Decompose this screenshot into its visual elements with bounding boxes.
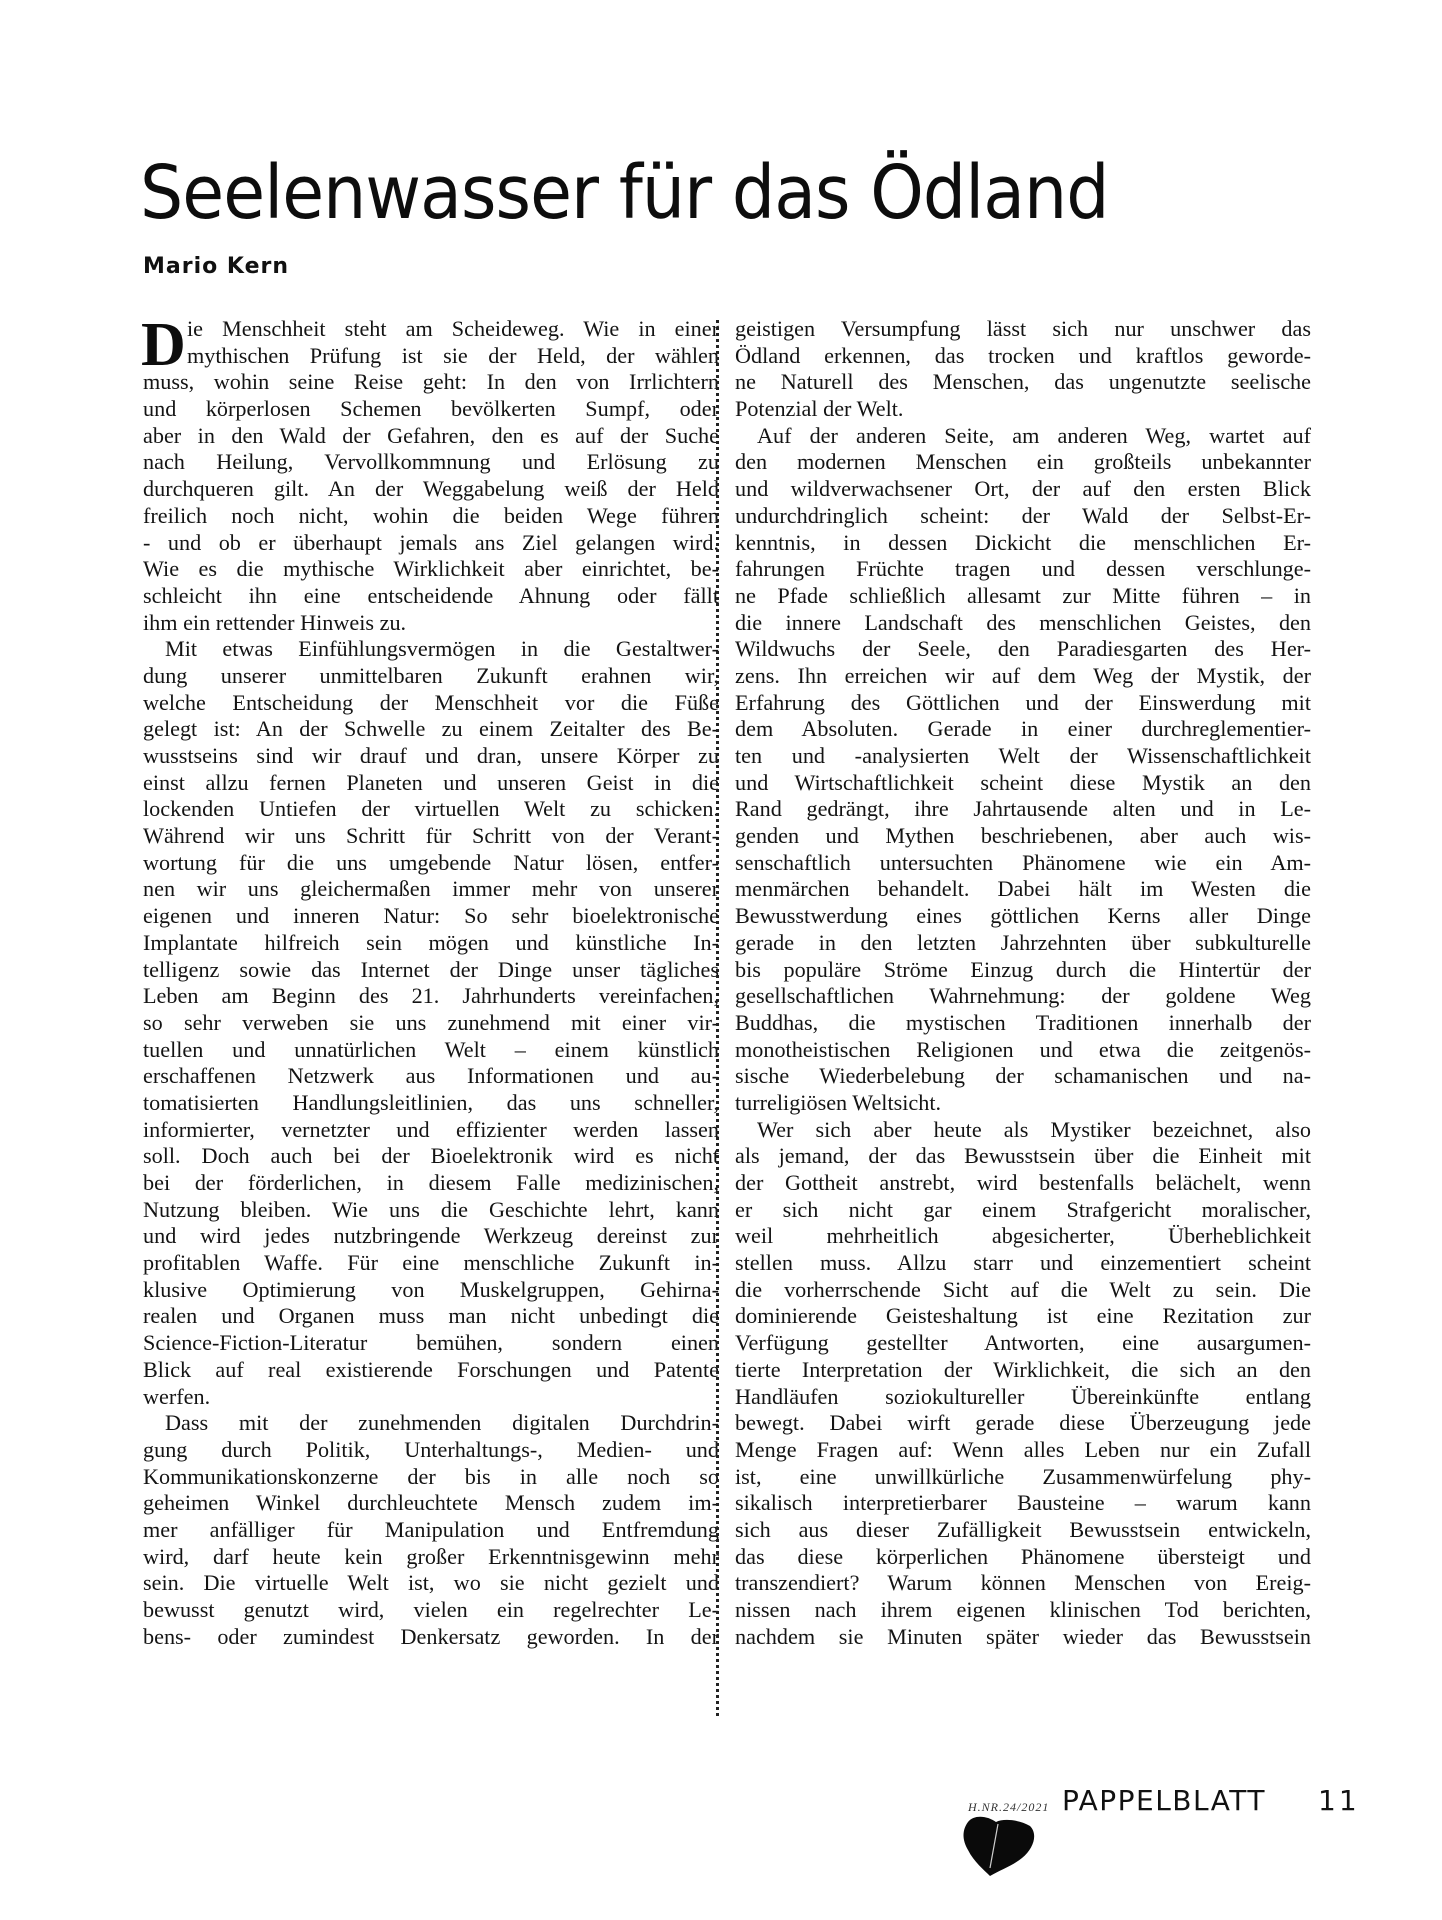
text-line: nachdem sie Minuten später wieder das Be… <box>735 1624 1311 1651</box>
text-line: transzendiert? Warum können Menschen von… <box>735 1570 1311 1597</box>
text-line: realen und Organen muss man nicht unbedi… <box>143 1303 719 1330</box>
text-line: sein. Die virtuelle Welt ist, wo sie nic… <box>143 1570 719 1597</box>
text-line: senschaftlich untersuchten Phänomene wie… <box>735 850 1311 877</box>
text-line: eigenen und inneren Natur: So sehr bioel… <box>143 903 719 930</box>
text-line: bewusst genutzt wird, vielen ein regelre… <box>143 1597 719 1624</box>
text-line: Erfahrung des Göttlichen und der Einswer… <box>735 690 1311 717</box>
text-line: Handläufen soziokultureller Übereinkünft… <box>735 1384 1311 1411</box>
text-line: er sich nicht gar einem Strafgericht mor… <box>735 1197 1311 1224</box>
drop-cap: D <box>141 319 186 371</box>
text-line: mer anfälliger für Manipulation und Entf… <box>143 1517 719 1544</box>
text-line: Science-Fiction-Literatur bemühen, sonde… <box>143 1330 719 1357</box>
text-line: genden und Mythen beschriebenen, aber au… <box>735 823 1311 850</box>
text-line: ie Menschheit steht am Scheideweg. Wie i… <box>143 316 719 343</box>
text-line: geistigen Versumpfung lässt sich nur uns… <box>735 316 1311 343</box>
text-line: ihm ein rettender Hinweis zu. <box>143 610 719 637</box>
text-line: die innere Landschaft des menschlichen G… <box>735 610 1311 637</box>
text-line: tomatisierten Handlungsleitlinien, das u… <box>143 1090 719 1117</box>
text-line: soll. Doch auch bei der Bioelektronik wi… <box>143 1143 719 1170</box>
text-line: menmärchen behandelt. Dabei hält im West… <box>735 876 1311 903</box>
text-line: wird, darf heute kein großer Erkenntnisg… <box>143 1544 719 1571</box>
text-line: freilich noch nicht, wohin die beiden We… <box>143 503 719 530</box>
text-line: ne Naturell des Menschen, das ungenutzte… <box>735 369 1311 396</box>
text-line: und wildverwachsener Ort, der auf den er… <box>735 476 1311 503</box>
text-line: der Gottheit anstrebt, wird bestenfalls … <box>735 1170 1311 1197</box>
text-line: und körperlosen Schemen bevölkerten Sump… <box>143 396 719 423</box>
text-line: gesellschaftlichen Wahrnehmung: der gold… <box>735 983 1311 1010</box>
text-line: Wie es die mythische Wirklichkeit aber e… <box>143 556 719 583</box>
text-line: profitablen Waffe. Für eine menschliche … <box>143 1250 719 1277</box>
left-column-lines: ie Menschheit steht am Scheideweg. Wie i… <box>143 316 719 1650</box>
text-line: dominierende Geisteshaltung ist eine Rez… <box>735 1303 1311 1330</box>
text-line: turreligiösen Weltsicht. <box>735 1090 1311 1117</box>
text-line: Rand gedrängt, ihre Jahrtausende alten u… <box>735 796 1311 823</box>
text-line: die vorherrschende Sicht auf die Welt zu… <box>735 1277 1311 1304</box>
text-line: ne Pfade schließlich allesamt zur Mitte … <box>735 583 1311 610</box>
text-line: Wer sich aber heute als Mystiker bezeich… <box>735 1117 1311 1144</box>
text-line: sich aus dieser Zufälligkeit Bewusstsein… <box>735 1517 1311 1544</box>
text-line: Blick auf real existierende Forschungen … <box>143 1357 719 1384</box>
text-line: wusstseins sind wir drauf und dran, unse… <box>143 743 719 770</box>
text-line: Buddhas, die mystischen Traditionen inne… <box>735 1010 1311 1037</box>
text-line: - und ob er überhaupt jemals ans Ziel ge… <box>143 530 719 557</box>
text-line: dem Absoluten. Gerade in einer durchregl… <box>735 716 1311 743</box>
text-line: gerade in den letzten Jahrzehnten über s… <box>735 930 1311 957</box>
text-line: gelegt ist: An der Schwelle zu einem Zei… <box>143 716 719 743</box>
text-line: so sehr verweben sie uns zunehmend mit e… <box>143 1010 719 1037</box>
text-line: informierter, vernetzter und effizienter… <box>143 1117 719 1144</box>
text-line: und wird jedes nutzbringende Werkzeug de… <box>143 1223 719 1250</box>
text-line: fahrungen Früchte tragen und dessen vers… <box>735 556 1311 583</box>
text-line: Auf der anderen Seite, am anderen Weg, w… <box>735 423 1311 450</box>
text-line: das diese körperlichen Phänomene überste… <box>735 1544 1311 1571</box>
text-line: Während wir uns Schritt für Schritt von … <box>143 823 719 850</box>
text-line: schleicht ihn eine entscheidende Ahnung … <box>143 583 719 610</box>
text-line: monotheistischen Religionen und etwa die… <box>735 1037 1311 1064</box>
text-line: zens. Ihn erreichen wir auf dem Weg der … <box>735 663 1311 690</box>
text-line: mythischen Prüfung ist sie der Held, der… <box>143 343 719 370</box>
text-line: Potenzial der Welt. <box>735 396 1311 423</box>
text-line: undurchdringlich scheint: der Wald der S… <box>735 503 1311 530</box>
text-line: erschaffenen Netzwerk aus Informationen … <box>143 1063 719 1090</box>
text-column-left: D ie Menschheit steht am Scheideweg. Wie… <box>143 316 719 1650</box>
text-line: tuellen und unnatürlichen Welt – einem k… <box>143 1037 719 1064</box>
text-line: Wildwuchs der Seele, den Paradiesgarten … <box>735 636 1311 663</box>
text-line: Mit etwas Einfühlungsvermögen in die Ges… <box>143 636 719 663</box>
text-line: stellen muss. Allzu starr und einzementi… <box>735 1250 1311 1277</box>
text-line: wortung für die uns umgebende Natur löse… <box>143 850 719 877</box>
text-line: bewegt. Dabei wirft gerade diese Überzeu… <box>735 1410 1311 1437</box>
text-line: werfen. <box>143 1384 719 1411</box>
text-line: Menge Fragen auf: Wenn alles Leben nur e… <box>735 1437 1311 1464</box>
text-line: bens- oder zumindest Denkersatz geworden… <box>143 1624 719 1651</box>
text-line: ten und -analysierten Welt der Wissensch… <box>735 743 1311 770</box>
text-line: nen wir uns gleichermaßen immer mehr von… <box>143 876 719 903</box>
page-number: 11 <box>1318 1784 1360 1817</box>
text-line: welche Entscheidung der Menschheit vor d… <box>143 690 719 717</box>
poplar-leaf-icon <box>960 1812 1040 1878</box>
text-line: Bewusstwerdung eines göttlichen Kerns al… <box>735 903 1311 930</box>
magazine-name: PAPPELBLATT <box>1062 1784 1266 1817</box>
text-line: Dass mit der zunehmenden digitalen Durch… <box>143 1410 719 1437</box>
column-divider-dotted-rule <box>716 320 719 1716</box>
text-line: nach Heilung, Vervollkommnung und Erlösu… <box>143 449 719 476</box>
text-line: und Wirtschaftlichkeit scheint diese Mys… <box>735 770 1311 797</box>
text-column-right: geistigen Versumpfung lässt sich nur uns… <box>735 316 1311 1650</box>
text-line: kenntnis, in dessen Dickicht die menschl… <box>735 530 1311 557</box>
text-line: Kommunikationskonzerne der bis in alle n… <box>143 1464 719 1491</box>
text-line: gung durch Politik, Unterhaltungs-, Medi… <box>143 1437 719 1464</box>
text-line: tierte Interpretation der Wirklichkeit, … <box>735 1357 1311 1384</box>
text-line: dung unserer unmittelbaren Zukunft erahn… <box>143 663 719 690</box>
text-line: Verfügung gestellter Antworten, eine aus… <box>735 1330 1311 1357</box>
text-line: sikalisch interpretierbarer Bausteine – … <box>735 1490 1311 1517</box>
text-line: weil mehrheitlich abgesicherter, Überheb… <box>735 1223 1311 1250</box>
text-line: aber in den Wald der Gefahren, den es au… <box>143 423 719 450</box>
text-line: Implantate hilfreich sein mögen und küns… <box>143 930 719 957</box>
text-line: klusive Optimierung von Muskelgruppen, G… <box>143 1277 719 1304</box>
text-line: geheimen Winkel durchleuchtete Mensch zu… <box>143 1490 719 1517</box>
right-column-lines: geistigen Versumpfung lässt sich nur uns… <box>735 316 1311 1650</box>
text-line: einst allzu fernen Planeten und unseren … <box>143 770 719 797</box>
text-line: Ödland erkennen, das trocken und kraftlo… <box>735 343 1311 370</box>
text-line: sische Wiederbelebung der schamanischen … <box>735 1063 1311 1090</box>
text-line: Nutzung bleiben. Wie uns die Geschichte … <box>143 1197 719 1224</box>
text-line: den modernen Menschen ein großteils unbe… <box>735 449 1311 476</box>
article-author: Mario Kern <box>143 254 289 279</box>
article-title: Seelenwasser für das Ödland <box>140 148 1109 238</box>
text-line: telligenz sowie das Internet der Dinge u… <box>143 957 719 984</box>
text-line: bei der förderlichen, in diesem Falle me… <box>143 1170 719 1197</box>
text-line: muss, wohin seine Reise geht: In den von… <box>143 369 719 396</box>
text-line: Leben am Beginn des 21. Jahrhunderts ver… <box>143 983 719 1010</box>
text-line: nissen nach ihrem eigenen klinischen Tod… <box>735 1597 1311 1624</box>
text-line: lockenden Untiefen der virtuellen Welt z… <box>143 796 719 823</box>
text-line: als jemand, der das Bewusstsein über die… <box>735 1143 1311 1170</box>
text-line: ist, eine unwillkürliche Zusammenwürfelu… <box>735 1464 1311 1491</box>
text-line: durchqueren gilt. An der Weggabelung wei… <box>143 476 719 503</box>
text-line: bis populäre Ströme Einzug durch die Hin… <box>735 957 1311 984</box>
